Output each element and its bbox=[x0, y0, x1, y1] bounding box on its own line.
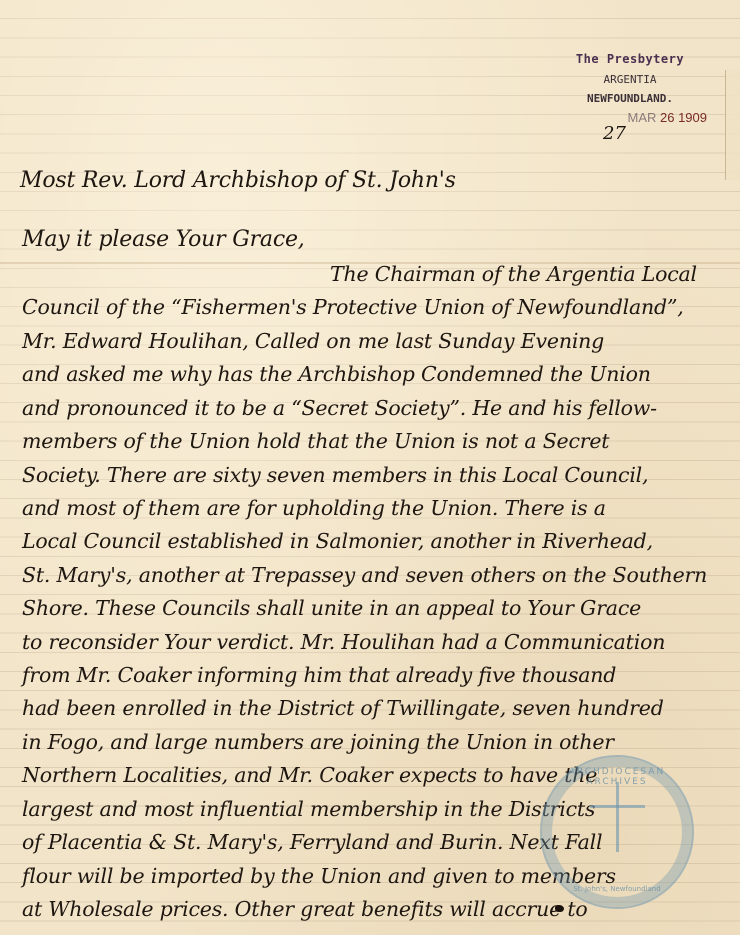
stamp-line-presbytery: The Presbytery bbox=[545, 52, 715, 66]
paper-fold-edge bbox=[725, 70, 740, 180]
stamp-date-day-year: 26 1909 bbox=[660, 110, 707, 125]
cross-icon bbox=[616, 782, 619, 852]
letter-line: Society. There are sixty seven members i… bbox=[22, 463, 648, 487]
letter-salutation: May it please Your Grace, bbox=[22, 227, 305, 252]
letter-line: Northern Localities, and Mr. Coaker expe… bbox=[22, 763, 597, 787]
presbytery-stamp: The Presbytery ARGENTIA NEWFOUNDLAND. MA… bbox=[545, 52, 715, 144]
letter-address: Most Rev. Lord Archbishop of St. John's bbox=[20, 168, 456, 193]
letter-line: in Fogo, and large numbers are joining t… bbox=[22, 730, 614, 754]
stamp-date-month: MAR bbox=[627, 110, 656, 125]
stamp-line-argentia: ARGENTIA bbox=[545, 73, 715, 86]
letter-line: from Mr. Coaker informing him that alrea… bbox=[22, 663, 616, 687]
letter-line: had been enrolled in the District of Twi… bbox=[22, 696, 664, 720]
handwritten-file-number: 27 bbox=[603, 123, 715, 144]
letter-line: and pronounced it to be a “Secret Societ… bbox=[22, 396, 657, 420]
seal-bottom-text: St. John's, Newfoundland bbox=[542, 885, 692, 893]
stamp-date: MAR 26 1909 bbox=[545, 110, 715, 125]
letter-line: Shore. These Councils shall unite in an … bbox=[22, 596, 641, 620]
archdiocesan-archives-seal: ARCHDIOCESAN ARCHIVES St. John's, Newfou… bbox=[540, 755, 694, 909]
cross-icon-bar bbox=[590, 805, 645, 808]
letter-line: St. Mary's, another at Trepassey and sev… bbox=[22, 563, 707, 587]
letter-line: Council of the “Fishermen's Protective U… bbox=[22, 295, 684, 319]
ink-blot bbox=[555, 905, 564, 912]
letter-line: Mr. Edward Houlihan, Called on me last S… bbox=[22, 329, 604, 353]
letter-line: of Placentia & St. Mary's, Ferryland and… bbox=[22, 830, 602, 854]
letter-line: largest and most influential membership … bbox=[22, 797, 595, 821]
letter-line: members of the Union hold that the Union… bbox=[22, 429, 609, 453]
letter-line: and asked me why has the Archbishop Cond… bbox=[22, 362, 651, 386]
letter-line: flour will be imported by the Union and … bbox=[22, 864, 616, 888]
letter-line: to reconsider Your verdict. Mr. Houlihan… bbox=[22, 630, 665, 654]
letter-line: at Wholesale prices. Other great benefit… bbox=[22, 897, 588, 921]
letter-line: The Chairman of the Argentia Local bbox=[330, 262, 697, 286]
letter-line: and most of them are for upholding the U… bbox=[22, 496, 606, 520]
stamp-line-newfoundland: NEWFOUNDLAND. bbox=[545, 92, 715, 105]
letter-line: Local Council established in Salmonier, … bbox=[22, 529, 653, 553]
